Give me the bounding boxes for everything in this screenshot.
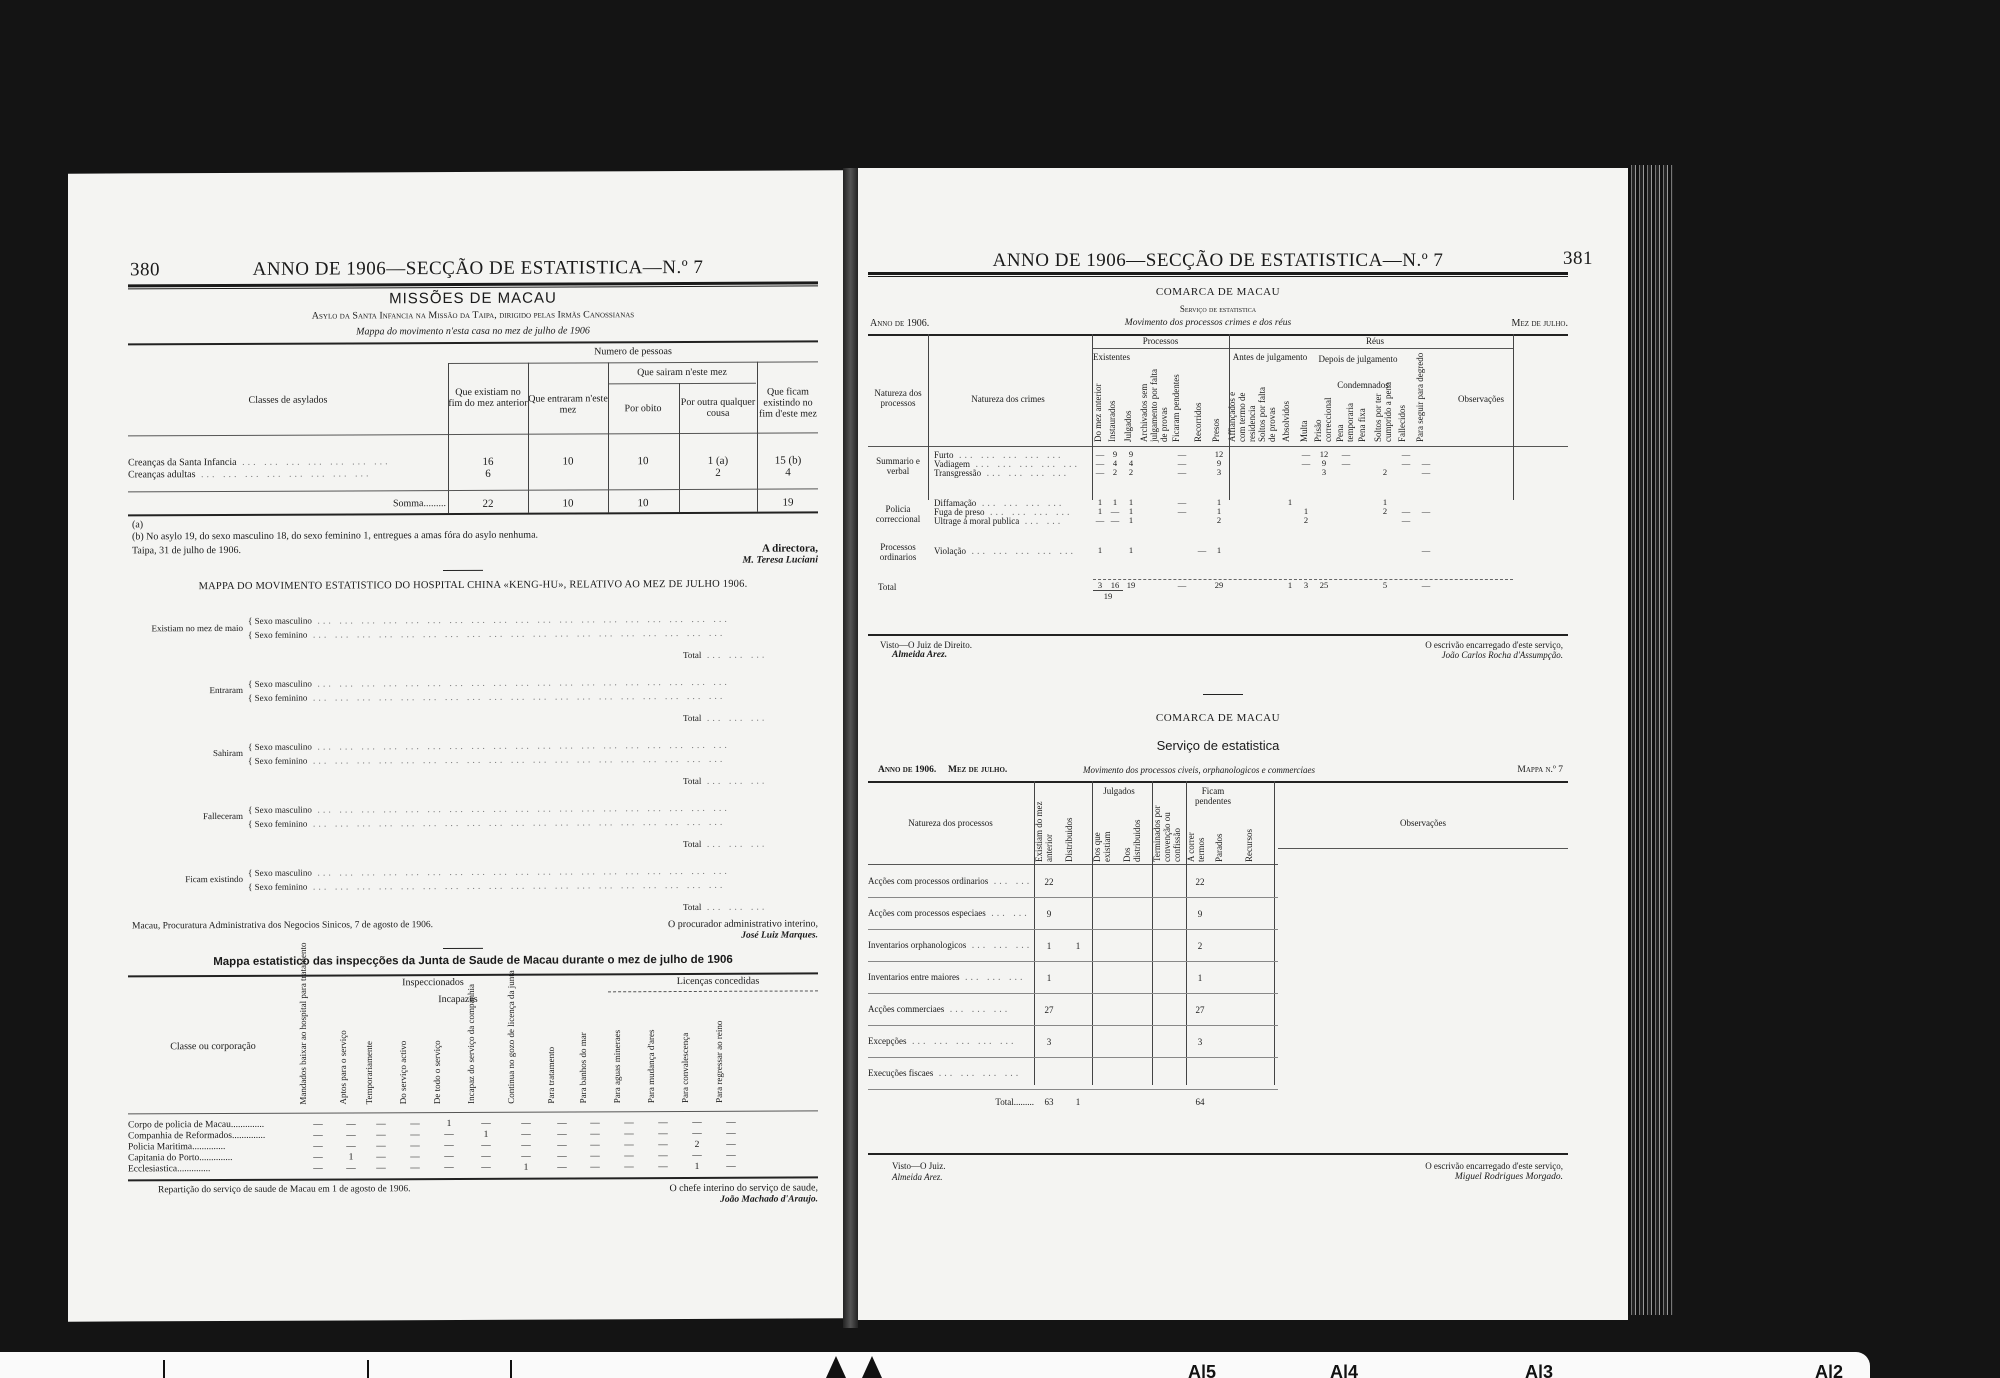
cell: 1 [432, 1119, 466, 1130]
cell [1227, 546, 1257, 555]
cell [1257, 468, 1281, 477]
label: Sexo masculino [255, 742, 312, 752]
section-label: Falleceram [128, 811, 243, 822]
total-label: Total [878, 582, 896, 592]
cell: 1 [506, 1163, 546, 1174]
cell: — [398, 1119, 432, 1130]
cell: 3 [1211, 468, 1227, 477]
criminal-signature-name: João Carlos Rocha d'Assumpção. [1318, 650, 1563, 660]
separator [1203, 694, 1243, 695]
col-divider [928, 334, 929, 500]
row-fem: { Sexo feminino ... ... ... ... ... ... … [248, 691, 725, 704]
cell: — [398, 1152, 432, 1163]
row-total: Total ... ... ... [683, 650, 767, 661]
table-rule [868, 781, 1568, 783]
values-row: 1 1 1 — 1 1 1 [1093, 498, 1513, 507]
row-label: Execuções fiscaes ... ... ... ... [868, 1068, 1034, 1079]
cell [1281, 459, 1299, 468]
crime-label: Transgressão [934, 468, 981, 478]
col-header: Ficaram pendentes [1171, 368, 1193, 442]
values-row: 1 1 — 1 — [1093, 546, 1513, 555]
cell [1397, 546, 1415, 555]
cell [1313, 498, 1335, 507]
label: Capitania do Porto [128, 1153, 199, 1163]
cell [1193, 468, 1211, 477]
cell: 6 [448, 468, 528, 480]
cell: — [1193, 546, 1211, 555]
col-header: Soltos por falta de provas [1257, 386, 1281, 442]
col-header: A correr termos [1186, 806, 1214, 862]
cell: 10 [608, 497, 678, 509]
junta-place-date: Repartição do serviço de saude de Macau … [158, 1184, 410, 1195]
label: Total [683, 713, 701, 723]
table-rule [868, 634, 1568, 636]
film-tick [367, 1360, 369, 1378]
table-row: Transgressão ... ... ... ... [934, 468, 1069, 479]
cell: — [364, 1163, 398, 1174]
col-header: Mandados baixar ao hospital para tratame… [298, 993, 338, 1105]
cell: — [364, 1141, 398, 1152]
label: Sexo feminino [255, 819, 308, 829]
values-row: — 4 4 — 9 — 9 — — — [1093, 459, 1513, 468]
civil-mappa: Mappa n.º 7 [1458, 765, 1563, 775]
cell: 19 [1123, 580, 1139, 590]
cell [1357, 516, 1373, 525]
cell [1281, 516, 1299, 525]
cell: — [612, 1129, 646, 1140]
row-label: Acções commerciaes ... ... ... [868, 1004, 1034, 1015]
antes-header: Antes de julgamento [1230, 352, 1310, 362]
row-label: Creanças da Santa Infancia [128, 457, 237, 468]
rule [128, 488, 818, 492]
section-label: Ficam existindo [128, 874, 243, 885]
col-natureza-crimes: Natureza dos crimes [928, 394, 1088, 404]
row-label: Inventarios orphanologicos ... ... ... [868, 940, 1034, 951]
cell [1357, 468, 1373, 477]
cell: — [612, 1162, 646, 1173]
cell: 1 [1123, 516, 1139, 525]
col-divider [679, 383, 680, 512]
row-label: Ecclesiastica.............. [128, 1164, 298, 1176]
existentes-sum: 19 [1093, 590, 1123, 601]
label: Total [683, 776, 701, 786]
label: Total [683, 839, 701, 849]
col-header: Soltos por ter cumprido a pena [1373, 368, 1397, 442]
missoes-title: MISSÕES DE MACAU [128, 288, 818, 308]
cell [1107, 546, 1123, 555]
cell: 1 [1211, 546, 1227, 555]
cell: 2 [680, 1140, 714, 1151]
cell: 29 [1211, 580, 1227, 590]
total-row: Somma......... [318, 498, 446, 510]
criminal-month: Mez de julho. [1458, 318, 1568, 329]
film-label: A|3 [1525, 1362, 1553, 1378]
cell [1139, 507, 1171, 516]
cell: — [646, 1129, 680, 1140]
values-row: 1 — 1 — 1 1 2 — — [1093, 507, 1513, 516]
row-fem: { Sexo feminino ... ... ... ... ... ... … [248, 880, 725, 893]
row-total: Total ... ... ... [683, 713, 767, 724]
running-header-left: ANNO DE 1906—SECÇÃO DE ESTATISTICA—N.º 7 [218, 257, 738, 281]
cell [1313, 516, 1335, 525]
civil-month: Mez de julho. [948, 765, 1007, 775]
cell: — [1171, 580, 1193, 590]
col-header: Recursos [1244, 806, 1274, 862]
rule [1278, 848, 1568, 849]
missoes-caption: Mappa do movimento n'esta casa no mez de… [128, 324, 818, 338]
cell: — [432, 1141, 466, 1152]
row-label: Creanças adultas [128, 469, 195, 480]
table-row: Acções com processos especiaes ... ... .… [868, 898, 1278, 930]
cell: — [612, 1151, 646, 1162]
note-a: (a) [132, 519, 143, 530]
cell [1335, 546, 1357, 555]
signature-title: A directora, [668, 542, 818, 555]
label: Sexo feminino [255, 630, 308, 640]
total-values-row: 3 16 19 — 29 1 3 25 5 — [1093, 579, 1513, 590]
cell: — [432, 1163, 466, 1174]
table-row: Execuções fiscaes ... ... ... ... [868, 1058, 1278, 1090]
cell: — [398, 1163, 432, 1174]
col-header: Instaurados [1107, 376, 1123, 442]
cell: — [364, 1130, 398, 1141]
cell: — [646, 1118, 680, 1129]
civil-year: Anno de 1906. [878, 765, 936, 775]
label: Execuções fiscaes [868, 1068, 933, 1078]
rule [128, 432, 818, 436]
cell: 1 [1064, 941, 1092, 951]
cell: 2 [1299, 516, 1313, 525]
cell: — [466, 1163, 506, 1174]
col-header: Multa [1299, 398, 1313, 442]
cell: 2 [680, 467, 756, 479]
hospital-signature-title: O procurador administrativo interino, [588, 918, 818, 930]
left-page: 380 ANNO DE 1906—SECÇÃO DE ESTATISTICA—N… [68, 170, 843, 1321]
cell: 15 (b) [758, 454, 818, 466]
cell: — [578, 1140, 612, 1151]
film-tick [163, 1360, 165, 1378]
label: Policia Maritima [128, 1142, 192, 1152]
center-arrow-icon [826, 1356, 846, 1378]
group-label: Summario e verbal [868, 456, 928, 476]
existentes-header: Existentes [1093, 352, 1123, 362]
crime-label: Violação [934, 546, 966, 556]
criminal-title: COMARCA DE MACAU [868, 286, 1568, 298]
cell: — [432, 1152, 466, 1163]
cell: 3 [1034, 1037, 1064, 1047]
cell [1313, 546, 1335, 555]
cell [1397, 580, 1415, 590]
col-header: Distribuidos [1064, 796, 1092, 862]
col-header: Dos que existiam [1092, 806, 1122, 862]
cell: — [646, 1162, 680, 1173]
cell [1357, 546, 1373, 555]
film-label: A|4 [1330, 1362, 1358, 1378]
col-header: Para tratamento [546, 991, 578, 1103]
cell: — [546, 1162, 578, 1173]
table-rule [868, 1153, 1568, 1155]
cell: — [298, 1153, 338, 1164]
cell: — [506, 1119, 546, 1130]
cell: 10 [608, 455, 678, 467]
row-fem: { Sexo feminino ... ... ... ... ... ... … [248, 817, 725, 830]
cell: 10 [528, 455, 608, 467]
group-label: Policia correccional [868, 504, 928, 524]
cell: — [398, 1141, 432, 1152]
cell: — [298, 1131, 338, 1142]
cell: 3 [1186, 1037, 1214, 1047]
rule [868, 446, 1568, 447]
col-ficam: Que ficam existindo no fim d'este mez [758, 386, 818, 419]
cell: — [680, 1118, 714, 1129]
hospital-place-date: Macau, Procuratura Administrativa dos Ne… [132, 920, 433, 931]
values-row: — 2 2 — 3 3 2 — [1093, 468, 1513, 477]
table-rule [128, 340, 818, 345]
cell [1357, 459, 1373, 468]
col-header: Recorridos [1193, 368, 1211, 442]
junta-column-headers: Mandados baixar ao hospital para tratame… [298, 990, 818, 1112]
cell: 2 [1107, 468, 1123, 477]
cell: — [1093, 516, 1107, 525]
cell [1373, 546, 1397, 555]
processos-header: Processos [1093, 336, 1228, 346]
civil-rows: Acções com processos ordinarios ... ... … [868, 866, 1278, 1114]
cell: — [612, 1118, 646, 1129]
civil-title: COMARCA DE MACAU [868, 712, 1568, 724]
col-natureza-processos: Natureza dos processos [868, 388, 928, 408]
col-header: Pena temporaria [1335, 398, 1357, 442]
cell: — [546, 1151, 578, 1162]
col-header: Dos distribuidos [1122, 806, 1152, 862]
cell [1335, 516, 1357, 525]
rule [448, 361, 818, 364]
cell [1257, 516, 1281, 525]
label: Ecclesiastica [128, 1164, 177, 1174]
julgados-header: Julgados [1090, 786, 1148, 796]
right-page: ANNO DE 1906—SECÇÃO DE ESTATISTICA—N.º 7… [858, 168, 1628, 1320]
cell [1415, 516, 1437, 525]
cell: — [1299, 459, 1313, 468]
row-masc: { Sexo masculino ... ... ... ... ... ...… [248, 614, 730, 627]
reus-header: Réus [1230, 336, 1520, 346]
cell [1171, 516, 1193, 525]
col-header: Para mudança d'ares [646, 991, 680, 1103]
cell: 16 [448, 456, 528, 468]
col-header: Parados [1214, 806, 1244, 862]
hospital-table: Existiam no mez de maio { Sexo masculino… [128, 608, 818, 921]
row-label: Excepções ... ... ... ... ... [868, 1036, 1034, 1047]
section-label: Sahiram [128, 748, 243, 759]
cell: — [546, 1129, 578, 1140]
cell [1227, 468, 1257, 477]
cell [1193, 507, 1211, 516]
numero-pessoas-header: Numero de pessoas [448, 345, 818, 358]
cell [1335, 580, 1357, 590]
cell [1335, 498, 1357, 507]
cell: — [398, 1130, 432, 1141]
cell [1299, 468, 1313, 477]
col-header: Existiam do mez anterior [1034, 796, 1064, 862]
cell [1397, 468, 1415, 477]
table-row: Excepções ... ... ... ... ... 3 3 [868, 1026, 1278, 1058]
criminal-year: Anno de 1906. [870, 318, 929, 329]
criminal-signature-title: O escrivão encarregado d'este serviço, [1318, 640, 1563, 650]
cell [1139, 546, 1171, 555]
cell [1357, 498, 1373, 507]
cell: — [578, 1151, 612, 1162]
cell: — [298, 1142, 338, 1153]
row-label: Corpo de policia de Macau.............. [128, 1120, 298, 1132]
cell: 1 [1281, 580, 1299, 590]
row-fem: { Sexo feminino ... ... ... ... ... ... … [248, 754, 725, 767]
col-header: Affiançados e com termo de residencia [1227, 386, 1257, 442]
col-header: Aptos para o serviço [338, 992, 364, 1104]
missoes-subtitle: Asylo da Santa Infancia na Missão da Tai… [128, 308, 818, 322]
civil-signature-name: Miguel Rodrigues Morgado. [1318, 1172, 1563, 1182]
cell [1227, 498, 1257, 507]
label: Total [995, 1097, 1013, 1107]
book-edge [1628, 165, 1673, 1315]
row-label: Capitania do Porto.............. [128, 1153, 298, 1165]
sairam-header: Que sairam n'este mez [608, 367, 756, 379]
col-header: Pena fixa [1357, 398, 1373, 442]
table-row: Inventarios entre maiores ... ... ... 1 … [868, 962, 1278, 994]
film-strip [0, 1352, 1870, 1378]
cell [1193, 516, 1211, 525]
cell: 4 [758, 466, 818, 478]
cell: 3 [1313, 468, 1335, 477]
cell: 1 (a) [680, 455, 756, 467]
cell [1227, 580, 1257, 590]
cell: — [646, 1151, 680, 1162]
cell: — [1171, 507, 1193, 516]
row-masc: { Sexo masculino ... ... ... ... ... ...… [248, 803, 730, 816]
label: Acções com processos ordinarios [868, 876, 988, 886]
note-b: (b) No asylo 19, do sexo masculino 18, d… [132, 530, 538, 543]
col-header: Incapaz do serviço da companhia [466, 1014, 506, 1104]
cell [1171, 546, 1193, 555]
row-label: Acções com processos especiaes ... ... .… [868, 908, 1034, 919]
rule [1093, 348, 1513, 349]
criminal-subtitle: Serviço de estatistica [868, 304, 1568, 314]
cell: 2 [1373, 468, 1397, 477]
cell: — [680, 1151, 714, 1162]
cell: 2 [1186, 941, 1214, 951]
depois-header: Depois de julgamento [1313, 354, 1403, 364]
cell: — [1415, 468, 1437, 477]
cell [1357, 507, 1373, 516]
book-gutter [843, 168, 858, 1328]
rule [608, 383, 756, 385]
label: Inventarios orphanologicos [868, 940, 966, 950]
civil-subtitle: Serviço de estatistica [868, 738, 1568, 753]
spacer [1093, 477, 1513, 498]
cell: — [1415, 580, 1437, 590]
col-header: Terminados por convenção ou confissão [1152, 796, 1186, 862]
junta-rows: Corpo de policia de Macau.............. … [128, 1117, 818, 1175]
cell: 10 [528, 497, 608, 509]
cell: 25 [1313, 580, 1335, 590]
criminal-column-headers: Do mez anterior Instaurados Julgados Arc… [1093, 368, 1513, 442]
page-number-right: 381 [1563, 248, 1593, 270]
civil-visto: Visto—O Juiz. [892, 1161, 945, 1171]
cell: 64 [1186, 1097, 1214, 1107]
cell [1281, 546, 1299, 555]
civil-column-headers: Existiam do mez anterior Distribuidos Do… [1034, 796, 1274, 862]
col-header: Para seguir para degredo [1415, 368, 1437, 442]
cell [1193, 450, 1211, 459]
cell [1281, 450, 1299, 459]
cell: — [1397, 516, 1415, 525]
label: Total [683, 650, 701, 660]
cell: — [506, 1152, 546, 1163]
licencas-header: Licenças concedidas [618, 975, 818, 987]
table-row: Acções com processos ordinarios ... ... … [868, 866, 1278, 898]
separator [443, 570, 483, 571]
label: Sexo masculino [255, 868, 312, 878]
total-label: Somma [393, 498, 424, 509]
cell: 2 [1211, 516, 1227, 525]
cell [1227, 459, 1257, 468]
cell [1257, 507, 1281, 516]
cell [1281, 507, 1299, 516]
cell: 5 [1373, 580, 1397, 590]
cell: — [506, 1130, 546, 1141]
running-header-right: ANNO DE 1906—SECÇÃO DE ESTATISTICA—N.º 7 [958, 250, 1478, 272]
col-header: Do serviço activo [398, 1014, 432, 1104]
cell: 1 [1186, 973, 1214, 983]
cell: — [714, 1129, 748, 1140]
col-observacoes-civil: Observações [1278, 818, 1568, 828]
cell: — [338, 1130, 364, 1141]
criminal-visto: Visto—O Juiz de Direito. [880, 640, 972, 650]
cell: — [546, 1140, 578, 1151]
cell: 2 [1123, 468, 1139, 477]
cell: 22 [448, 498, 528, 510]
film-label: A|2 [1815, 1362, 1843, 1378]
junta-signature-title: O chefe interino do serviço de saude, [588, 1182, 818, 1194]
cell [1227, 516, 1257, 525]
label: Sexo masculino [255, 679, 312, 689]
cell [1257, 498, 1281, 507]
cell [1139, 498, 1171, 507]
hospital-sections [68, 170, 843, 173]
rule [868, 864, 1278, 865]
junta-signature-name: João Machado d'Araujo. [588, 1194, 818, 1205]
label: Sexo feminino [255, 756, 308, 766]
row-fem: { Sexo feminino ... ... ... ... ... ... … [248, 628, 725, 641]
cell: 3 [1093, 580, 1107, 590]
row-masc: { Sexo masculino ... ... ... ... ... ...… [248, 866, 730, 879]
cell [1139, 450, 1171, 459]
cell: — [612, 1140, 646, 1151]
row-total: Total ... ... ... [683, 839, 767, 850]
cell: — [578, 1118, 612, 1129]
cell: 22 [1034, 877, 1064, 887]
center-arrow-icon [862, 1356, 882, 1378]
row-total: Total ... ... ... [683, 776, 767, 787]
col-header: Para banhos do mar [578, 991, 612, 1103]
cell: 1 [466, 1130, 506, 1141]
cell: — [364, 1152, 398, 1163]
table-row: Inventarios orphanologicos ... ... ... 1… [868, 930, 1278, 962]
film-tick [510, 1360, 512, 1378]
col-entraram: Que entraram n'este mez [528, 393, 608, 415]
cell [1139, 580, 1171, 590]
col-header: Absolvidos [1281, 386, 1299, 442]
values-row: — — 1 2 2 — [1093, 516, 1513, 525]
cell [1257, 459, 1281, 468]
